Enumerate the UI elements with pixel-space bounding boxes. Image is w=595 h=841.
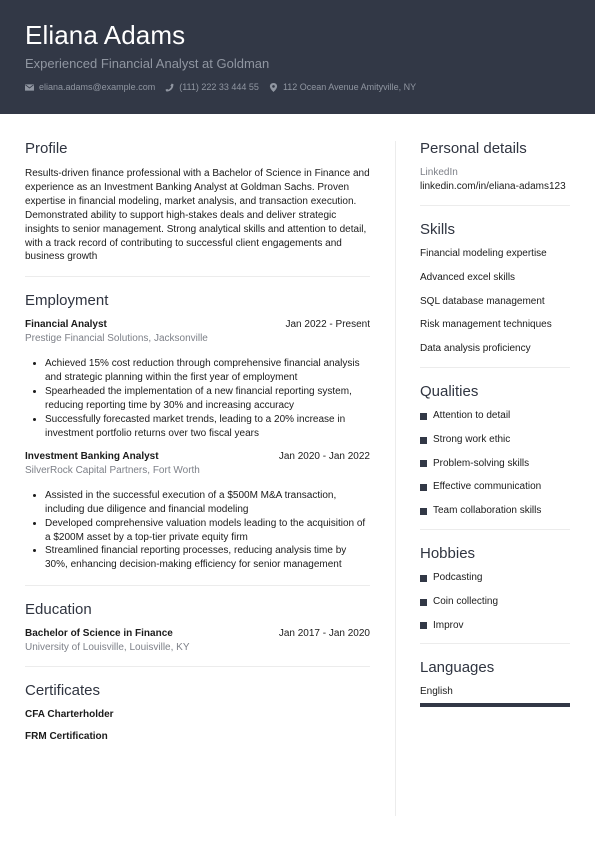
resume-header: Eliana Adams Experienced Financial Analy… bbox=[0, 0, 595, 114]
hobby-label: Podcasting bbox=[433, 572, 482, 585]
qualities-heading: Qualities bbox=[420, 383, 570, 400]
square-bullet-icon bbox=[420, 437, 427, 444]
contact-phone[interactable]: (111) 222 33 444 55 bbox=[165, 82, 259, 92]
language-level-bar bbox=[420, 703, 570, 707]
achievement-item: Achieved 15% cost reduction through comp… bbox=[45, 357, 370, 385]
quality-item: Problem-solving skills bbox=[420, 458, 570, 471]
square-bullet-icon bbox=[420, 484, 427, 491]
certificate-item: FRM Certification bbox=[25, 731, 370, 742]
achievement-item: Developed comprehensive valuation models… bbox=[45, 517, 370, 545]
skill-item: Advanced excel skills bbox=[420, 272, 570, 285]
quality-label: Strong work ethic bbox=[433, 434, 510, 447]
skill-item: Data analysis proficiency bbox=[420, 343, 570, 356]
job-title: Investment Banking Analyst bbox=[25, 451, 159, 462]
job-achievements: Achieved 15% cost reduction through comp… bbox=[45, 357, 370, 440]
education-dates: Jan 2017 - Jan 2020 bbox=[279, 628, 370, 639]
hobby-item: Coin collecting bbox=[420, 596, 570, 609]
job-entry: Financial Analyst Jan 2022 - Present Pre… bbox=[25, 319, 370, 440]
email-text: eliana.adams@example.com bbox=[39, 82, 155, 92]
education-heading: Education bbox=[25, 601, 370, 618]
contact-address: 112 Ocean Avenue Amityville, NY bbox=[269, 82, 416, 92]
languages-section: Languages English bbox=[420, 644, 570, 707]
skill-item: Financial modeling expertise bbox=[420, 248, 570, 261]
job-entry: Investment Banking Analyst Jan 2020 - Ja… bbox=[25, 451, 370, 572]
job-dates: Jan 2022 - Present bbox=[286, 319, 371, 330]
job-title: Financial Analyst bbox=[25, 319, 107, 330]
language-level-fill bbox=[420, 703, 570, 707]
quality-label: Team collaboration skills bbox=[433, 505, 541, 518]
quality-item: Attention to detail bbox=[420, 410, 570, 423]
hobbies-section: Hobbies Podcasting Coin collecting Impro… bbox=[420, 530, 570, 644]
candidate-title: Experienced Financial Analyst at Goldman bbox=[25, 56, 269, 71]
skill-item: Risk management techniques bbox=[420, 319, 570, 332]
certificate-item: CFA Charterholder bbox=[25, 709, 370, 720]
address-text: 112 Ocean Avenue Amityville, NY bbox=[283, 82, 416, 92]
profile-summary: Results-driven finance professional with… bbox=[25, 167, 370, 264]
column-divider bbox=[395, 141, 396, 816]
square-bullet-icon bbox=[420, 460, 427, 467]
hobby-item: Podcasting bbox=[420, 572, 570, 585]
achievement-item: Spearheaded the implementation of a new … bbox=[45, 385, 370, 413]
job-dates: Jan 2020 - Jan 2022 bbox=[279, 451, 370, 462]
linkedin-link[interactable]: linkedin.com/in/eliana-adams123 bbox=[420, 181, 570, 192]
map-pin-icon bbox=[269, 83, 278, 92]
quality-item: Team collaboration skills bbox=[420, 505, 570, 518]
job-employer: SilverRock Capital Partners, Fort Worth bbox=[25, 465, 370, 476]
profile-heading: Profile bbox=[25, 140, 370, 157]
hobby-label: Coin collecting bbox=[433, 596, 498, 609]
square-bullet-icon bbox=[420, 599, 427, 606]
education-entry: Bachelor of Science in Finance Jan 2017 … bbox=[25, 628, 370, 653]
quality-label: Effective communication bbox=[433, 481, 541, 494]
quality-item: Strong work ethic bbox=[420, 434, 570, 447]
languages-heading: Languages bbox=[420, 659, 570, 676]
square-bullet-icon bbox=[420, 575, 427, 582]
skill-item: SQL database management bbox=[420, 296, 570, 309]
envelope-icon bbox=[25, 83, 34, 92]
square-bullet-icon bbox=[420, 508, 427, 515]
hobby-label: Improv bbox=[433, 620, 464, 633]
personal-details-section: Personal details LinkedIn linkedin.com/i… bbox=[420, 114, 570, 206]
hobby-item: Improv bbox=[420, 620, 570, 633]
candidate-name: Eliana Adams bbox=[25, 20, 185, 51]
quality-label: Problem-solving skills bbox=[433, 458, 529, 471]
skills-heading: Skills bbox=[420, 221, 570, 238]
achievement-item: Successfully forecasted market trends, l… bbox=[45, 413, 370, 441]
square-bullet-icon bbox=[420, 622, 427, 629]
job-employer: Prestige Financial Solutions, Jacksonvil… bbox=[25, 333, 370, 344]
skills-section: Skills Financial modeling expertise Adva… bbox=[420, 206, 570, 368]
phone-text: (111) 222 33 444 55 bbox=[179, 82, 259, 92]
quality-label: Attention to detail bbox=[433, 410, 510, 423]
linkedin-label: LinkedIn bbox=[420, 167, 570, 178]
quality-item: Effective communication bbox=[420, 481, 570, 494]
degree-title: Bachelor of Science in Finance bbox=[25, 628, 173, 639]
square-bullet-icon bbox=[420, 413, 427, 420]
language-name: English bbox=[420, 686, 570, 697]
achievement-item: Assisted in the successful execution of … bbox=[45, 489, 370, 517]
achievement-item: Streamlined financial reporting processe… bbox=[45, 544, 370, 572]
hobbies-heading: Hobbies bbox=[420, 545, 570, 562]
sidebar-column: Personal details LinkedIn linkedin.com/i… bbox=[420, 114, 570, 707]
qualities-section: Qualities Attention to detail Strong wor… bbox=[420, 368, 570, 530]
phone-icon bbox=[165, 83, 174, 92]
education-section: Education Bachelor of Science in Finance… bbox=[25, 586, 370, 667]
personal-details-heading: Personal details bbox=[420, 140, 570, 157]
employment-section: Employment Financial Analyst Jan 2022 - … bbox=[25, 277, 370, 586]
profile-section: Profile Results-driven finance professio… bbox=[25, 114, 370, 277]
school-name: University of Louisville, Louisville, KY bbox=[25, 642, 370, 653]
certificates-section: Certificates CFA Charterholder FRM Certi… bbox=[25, 667, 370, 742]
certificates-heading: Certificates bbox=[25, 682, 370, 699]
contact-email[interactable]: eliana.adams@example.com bbox=[25, 82, 155, 92]
employment-heading: Employment bbox=[25, 292, 370, 309]
job-achievements: Assisted in the successful execution of … bbox=[45, 489, 370, 572]
contact-bar: eliana.adams@example.com (111) 222 33 44… bbox=[25, 82, 426, 92]
main-column: Profile Results-driven finance professio… bbox=[25, 114, 370, 742]
